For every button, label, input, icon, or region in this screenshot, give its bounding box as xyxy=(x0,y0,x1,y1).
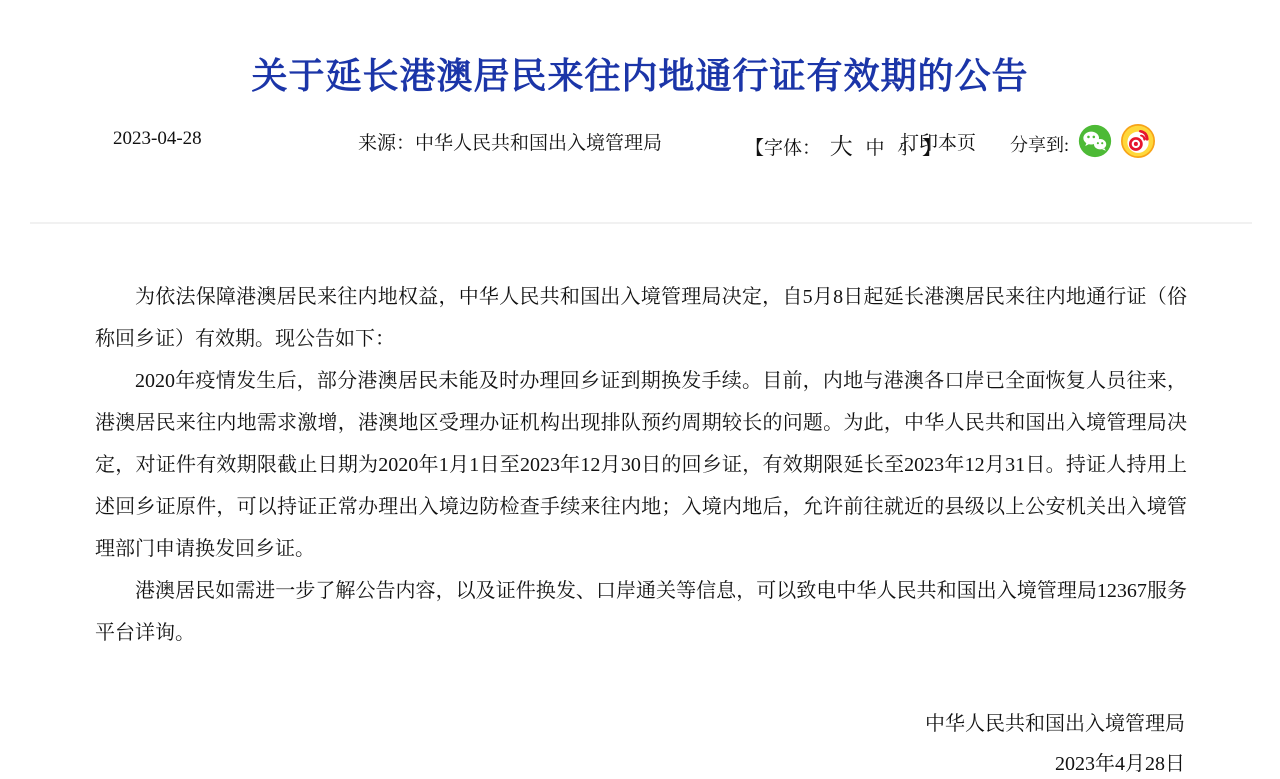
signature-date: 2023年4月28日 xyxy=(925,744,1185,779)
divider xyxy=(30,222,1252,224)
wechat-share-icon[interactable] xyxy=(1078,124,1112,158)
weibo-share-icon[interactable] xyxy=(1121,124,1155,158)
font-size-large-button[interactable]: 大 xyxy=(830,134,853,159)
font-size-medium-button[interactable]: 中 xyxy=(866,138,885,159)
publish-date: 2023-04-28 xyxy=(113,128,202,150)
announcement-page: 关于延长港澳居民来往内地通行证有效期的公告 2023-04-28 来源：中华人民… xyxy=(0,0,1280,779)
signature-block: 中华人民共和国出入境管理局 2023年4月28日 xyxy=(925,704,1185,779)
share-to-label: 分享到: xyxy=(1010,131,1069,157)
signature-org: 中华人民共和国出入境管理局 xyxy=(925,704,1185,744)
body-paragraph-2: 2020年疫情发生后，部分港澳居民未能及时办理回乡证到期换发手续。目前，内地与港… xyxy=(95,360,1187,570)
meta-row: 2023-04-28 来源：中华人民共和国出入境管理局 【字体： 大 中 小 】… xyxy=(0,120,1280,162)
source-label: 来源：中华人民共和国出入境管理局 xyxy=(358,128,662,155)
print-page-button[interactable]: 打印本页 xyxy=(900,128,976,155)
announcement-body: 为依法保障港澳居民来往内地权益，中华人民共和国出入境管理局决定，自5月8日起延长… xyxy=(95,276,1187,654)
body-paragraph-3: 港澳居民如需进一步了解公告内容，以及证件换发、口岸通关等信息，可以致电中华人民共… xyxy=(95,570,1187,654)
page-title: 关于延长港澳居民来往内地通行证有效期的公告 xyxy=(0,48,1280,99)
font-widget-prefix: 【字体： xyxy=(745,138,821,159)
body-paragraph-1: 为依法保障港澳居民来往内地权益，中华人民共和国出入境管理局决定，自5月8日起延长… xyxy=(95,276,1187,360)
